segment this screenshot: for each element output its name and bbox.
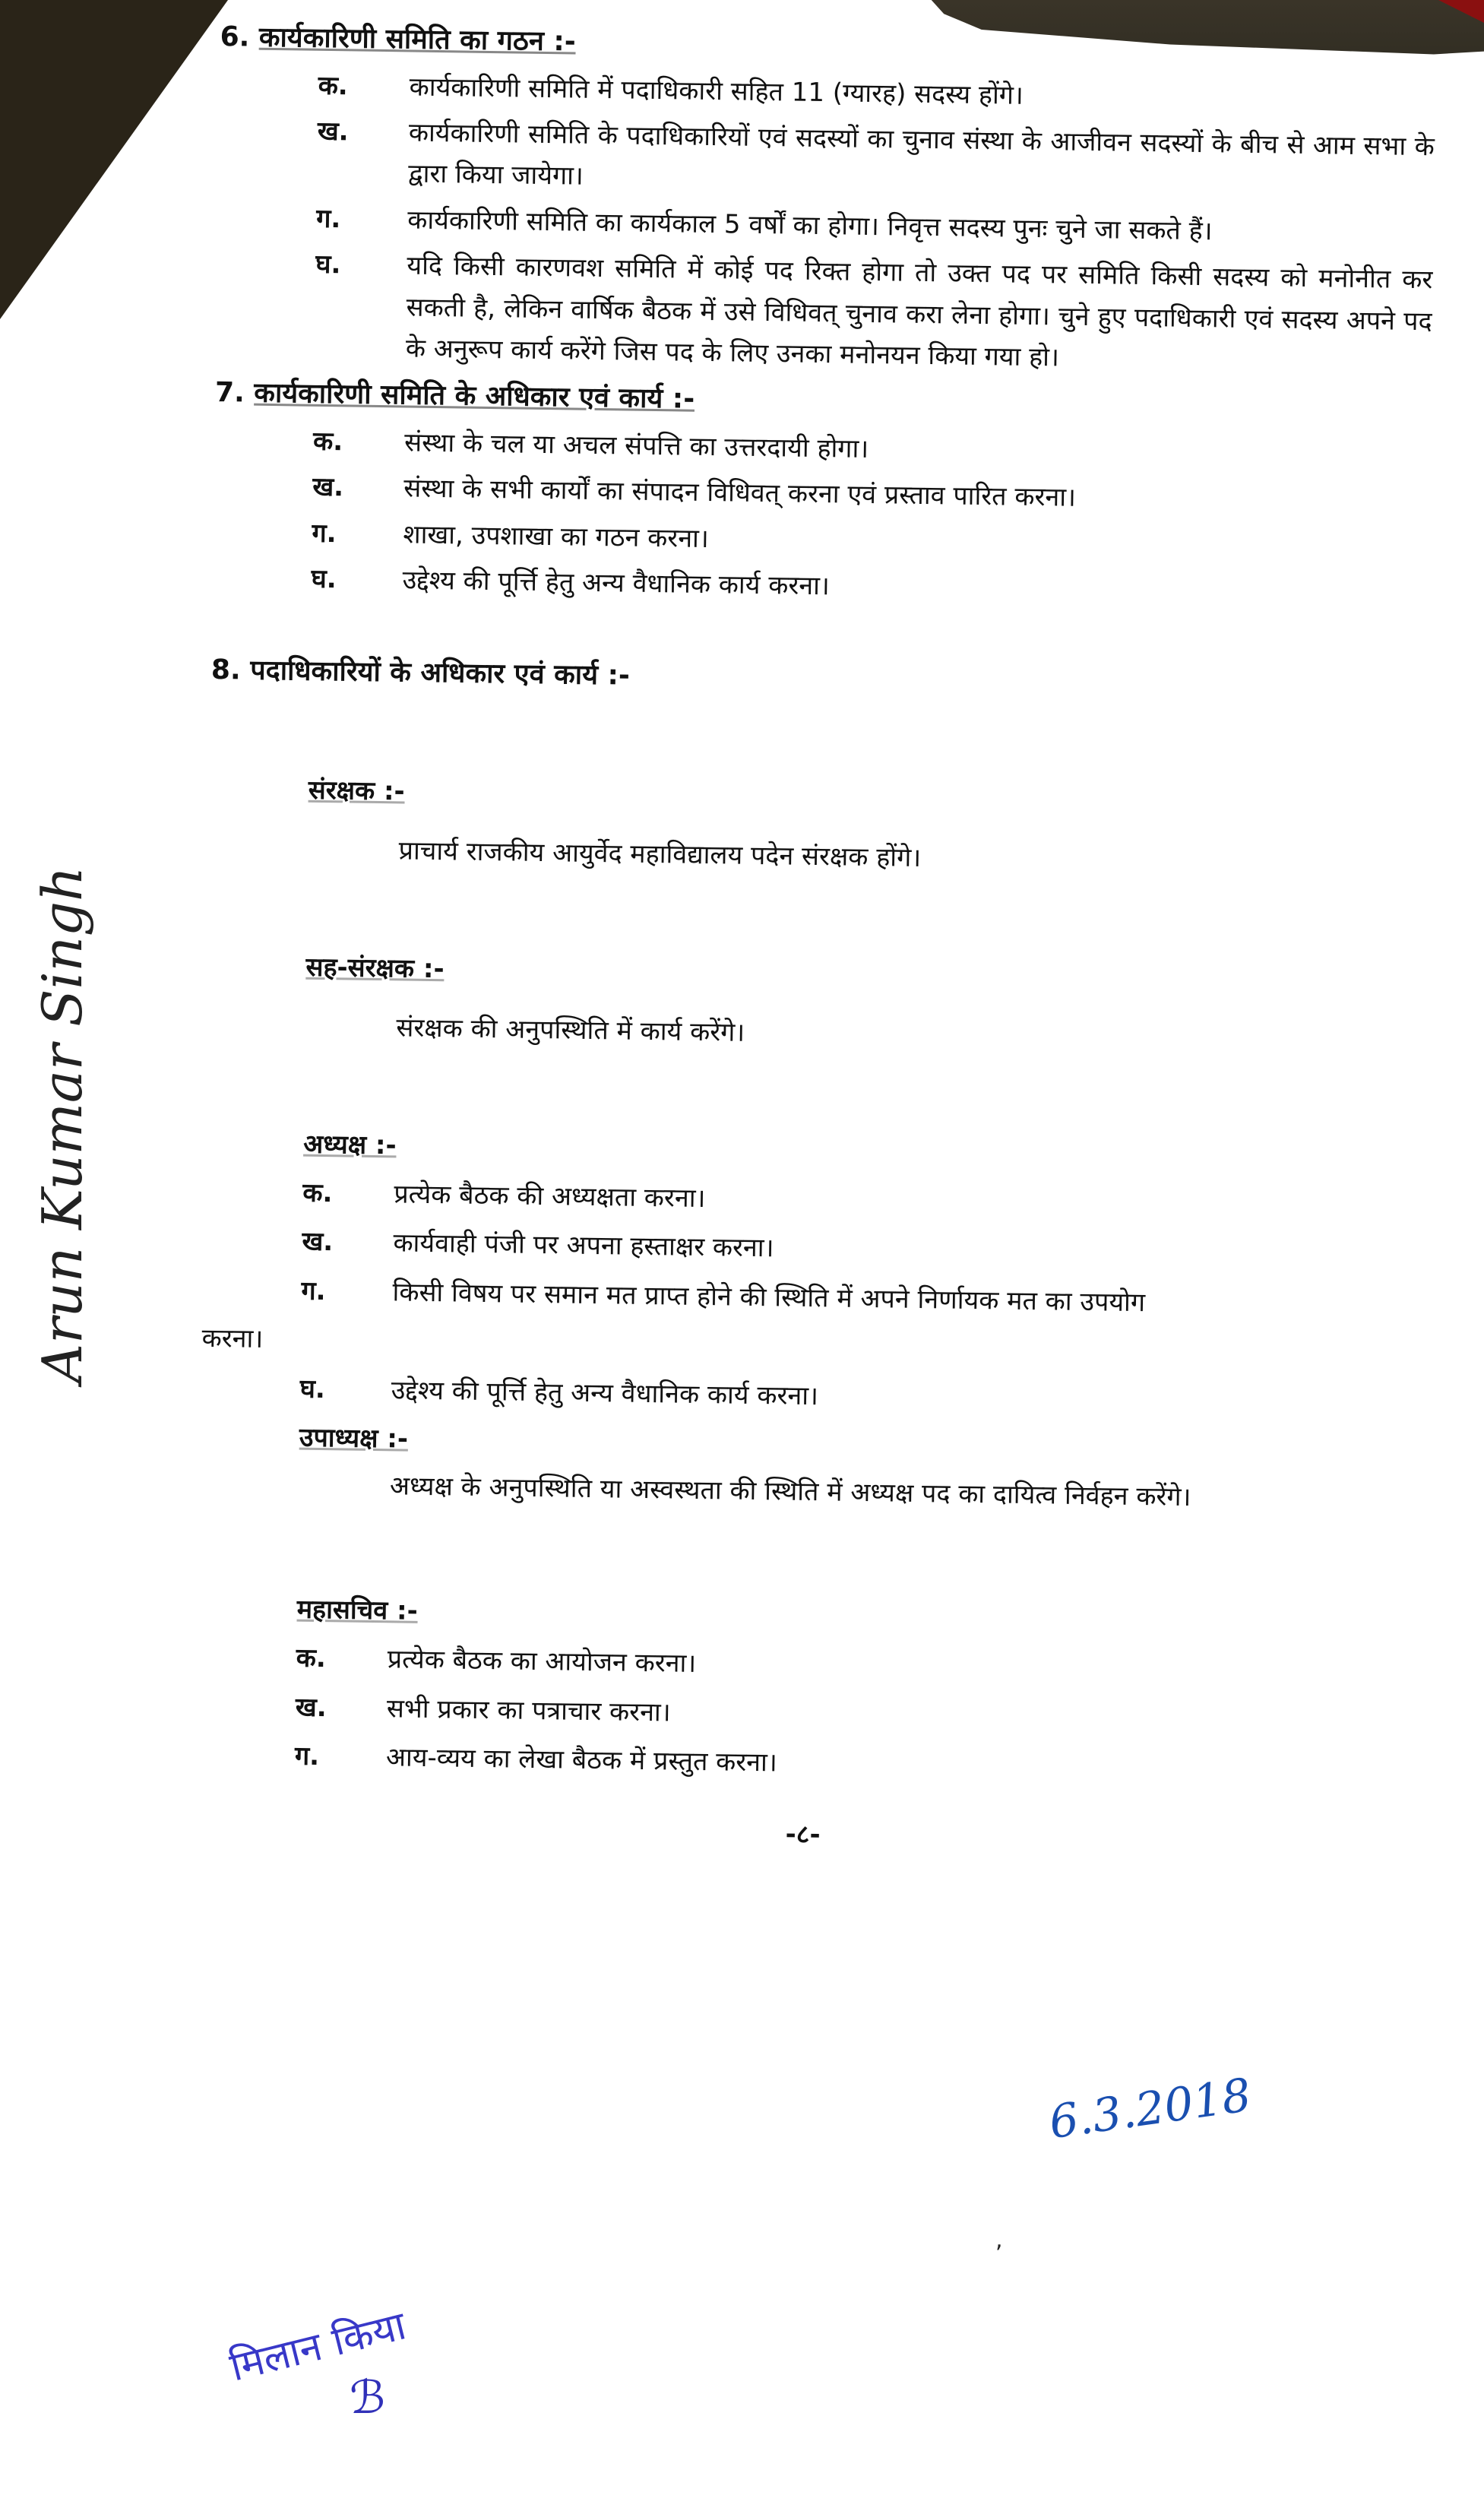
item-continuation: करना।: [201, 1318, 1418, 1376]
item-text: यदि किसी कारणवश समिति में कोई पद रिक्त ह…: [406, 245, 1433, 384]
item-text: कार्यवाही पंजी पर अपना हस्ताक्षर करना।: [393, 1223, 1419, 1278]
list-item: क.प्रत्येक बैठक की अध्यक्षता करना।: [204, 1171, 1420, 1230]
item-text: किसी विषय पर समान मत प्राप्त होने की स्थ…: [392, 1271, 1419, 1327]
item-text: प्रत्येक बैठक का आयोजन करना।: [387, 1639, 1413, 1694]
item-marker: ग.: [196, 1734, 387, 1778]
list-item: ख.कार्यवाही पंजी पर अपना हस्ताक्षर करना।: [203, 1220, 1419, 1278]
list-item: ग.किसी विषय पर समान मत प्राप्त होने की स…: [202, 1269, 1419, 1328]
item-text: प्रत्येक बैठक की अध्यक्षता करना।: [394, 1173, 1420, 1229]
item-text: कार्यकारिणी समिति के पदाधिकारियों एवं सद…: [408, 112, 1435, 209]
section-title: कार्यकारिणी समिति के अधिकार एवं कार्य :-: [254, 378, 695, 415]
item-marker: ख.: [197, 1685, 388, 1729]
list-item: घ.यदि किसी कारणवश समिति में कोई पद रिक्त…: [216, 242, 1433, 383]
list-item: क.प्रत्येक बैठक का आयोजन करना।: [197, 1636, 1413, 1695]
item-marker: घ.: [201, 1366, 391, 1411]
general-secretary-list: क.प्रत्येक बैठक का आयोजन करना। ख.सभी प्र…: [196, 1636, 1413, 1792]
item-marker: ख.: [218, 109, 409, 195]
list-item: ख.कार्यकारिणी समिति के पदाधिकारियों एवं …: [218, 109, 1435, 209]
section-7-list: क.संस्था के चल या अचल संपत्ति का उत्तरदा…: [212, 420, 1430, 616]
president-list: क.प्रत्येक बैठक की अध्यक्षता करना। ख.कार…: [201, 1171, 1419, 1425]
ink-mark: ,: [995, 2227, 1003, 2253]
item-marker: क.: [219, 64, 410, 108]
handwritten-date: 6.3.2018: [1046, 2069, 1254, 2150]
section-6-list: क.कार्यकारिणी समिति में पदाधिकारी सहित 1…: [216, 64, 1435, 384]
item-marker: ख.: [214, 465, 404, 509]
section-number: 6.: [220, 21, 249, 53]
section-title: कार्यकारिणी समिति का गठन :-: [259, 22, 576, 58]
item-text: उद्देश्य की पूर्त्ति हेतु अन्य वैधानिक क…: [391, 1370, 1417, 1425]
side-signature: Arun Kumar Singh: [30, 866, 94, 1383]
section-number: 8.: [211, 654, 241, 686]
list-item: ग.आय-व्यय का लेखा बैठक में प्रस्तुत करना…: [196, 1734, 1413, 1793]
list-item: घ.उद्देश्य की पूर्त्ति हेतु अन्य वैधानिक…: [201, 1366, 1417, 1425]
item-marker: घ.: [212, 557, 403, 601]
item-marker: घ.: [216, 242, 407, 369]
item-marker: ख.: [203, 1220, 394, 1264]
section-title: पदाधिकारियों के अधिकार एवं कार्य :-: [250, 655, 630, 692]
item-marker: क.: [204, 1171, 394, 1215]
item-text: सभी प्रकार का पत्राचार करना।: [387, 1688, 1413, 1743]
item-marker: ग.: [213, 511, 403, 556]
item-marker: क.: [214, 420, 405, 464]
document-page: 6. कार्यकारिणी समिति का गठन :- क.कार्यका…: [195, 15, 1436, 1864]
verification-signature: ℬ: [350, 2371, 385, 2424]
item-marker: ग.: [202, 1269, 393, 1313]
list-item: ख.सभी प्रकार का पत्राचार करना।: [197, 1685, 1413, 1743]
page-number: -८-: [195, 1806, 1411, 1864]
section-number: 7.: [215, 377, 245, 409]
item-marker: क.: [197, 1636, 388, 1680]
item-marker: ग.: [217, 197, 408, 241]
background-fabric-left: [0, 0, 228, 319]
item-text: आय-व्यय का लेखा बैठक में प्रस्तुत करना।: [386, 1737, 1413, 1792]
